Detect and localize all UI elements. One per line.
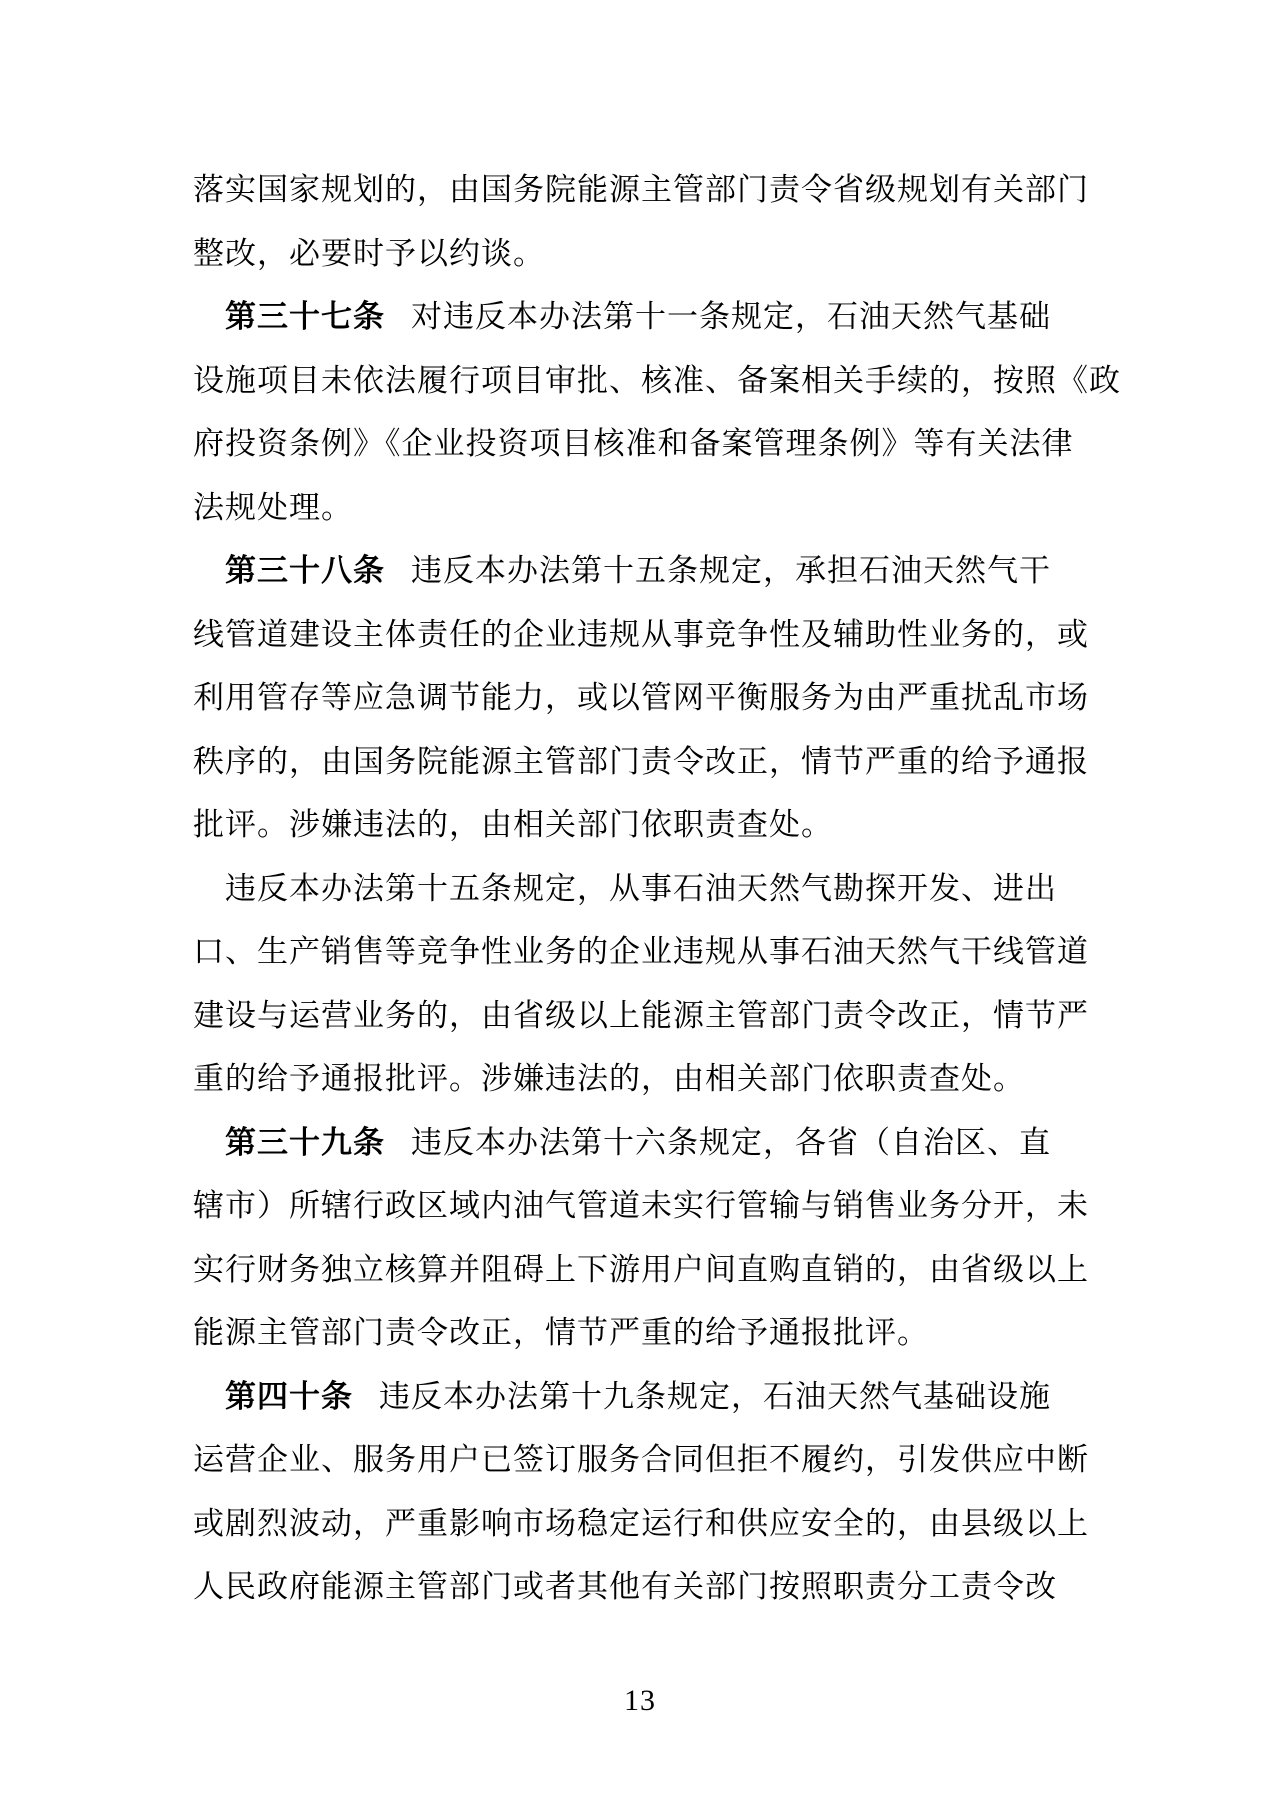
text-line: 利用管存等应急调节能力，或以管网平衡服务为由严重扰乱市场 — [193, 666, 1093, 730]
line-text: 运营企业、服务用户已签订服务合同但拒不履约，引发供应中断 — [193, 1442, 1089, 1477]
line-text: 整改，必要时予以约谈。 — [193, 236, 545, 271]
line-text: 或剧烈波动，严重影响市场稳定运行和供应安全的，由县级以上 — [193, 1506, 1089, 1541]
line-text: 辖市）所辖行政区域内油气管道未实行管输与销售业务分开，未 — [193, 1188, 1089, 1223]
article-number: 第四十条 — [225, 1379, 353, 1414]
text-line: 口、生产销售等竞争性业务的企业违规从事石油天然气干线管道 — [193, 920, 1093, 984]
line-text: 口、生产销售等竞争性业务的企业违规从事石油天然气干线管道 — [193, 934, 1089, 969]
line-text: 落实国家规划的，由国务院能源主管部门责令省级规划有关部门 — [193, 172, 1089, 207]
article-number: 第三十七条 — [225, 299, 385, 334]
text-line: 违反本办法第十五条规定，从事石油天然气勘探开发、进出 — [193, 857, 1093, 921]
line-text: 人民政府能源主管部门或者其他有关部门按照职责分工责令改 — [193, 1569, 1057, 1604]
text-line: 人民政府能源主管部门或者其他有关部门按照职责分工责令改 — [193, 1555, 1093, 1619]
text-line: 府投资条例》《企业投资项目核准和备案管理条例》等有关法律 — [193, 412, 1093, 476]
article-number: 第三十八条 — [225, 553, 385, 588]
document-body: 落实国家规划的，由国务院能源主管部门责令省级规划有关部门 整改，必要时予以约谈。… — [193, 158, 1093, 1619]
line-text: 能源主管部门责令改正，情节严重的给予通报批评。 — [193, 1315, 929, 1350]
line-text: 建设与运营业务的，由省级以上能源主管部门责令改正，情节严 — [193, 998, 1089, 1033]
text-line: 设施项目未依法履行项目审批、核准、备案相关手续的，按照《政 — [193, 349, 1093, 413]
text-line: 建设与运营业务的，由省级以上能源主管部门责令改正，情节严 — [193, 984, 1093, 1048]
line-text: 实行财务独立核算并阻碍上下游用户间直购直销的，由省级以上 — [193, 1252, 1089, 1287]
text-line: 批评。涉嫌违法的，由相关部门依职责查处。 — [193, 793, 1093, 857]
document-page: 落实国家规划的，由国务院能源主管部门责令省级规划有关部门 整改，必要时予以约谈。… — [0, 0, 1280, 1810]
line-text: 秩序的，由国务院能源主管部门责令改正，情节严重的给予通报 — [193, 744, 1089, 779]
line-text: 法规处理。 — [193, 490, 353, 525]
line-text: 利用管存等应急调节能力，或以管网平衡服务为由严重扰乱市场 — [193, 680, 1089, 715]
text-line: 第四十条违反本办法第十九条规定，石油天然气基础设施 — [193, 1365, 1093, 1429]
text-line: 线管道建设主体责任的企业违规从事竞争性及辅助性业务的，或 — [193, 603, 1093, 667]
line-text: 重的给予通报批评。涉嫌违法的，由相关部门依职责查处。 — [193, 1061, 1025, 1096]
line-text: 设施项目未依法履行项目审批、核准、备案相关手续的，按照《政 — [193, 363, 1121, 398]
line-text: 对违反本办法第十一条规定，石油天然气基础 — [411, 299, 1051, 334]
text-line: 整改，必要时予以约谈。 — [193, 222, 1093, 286]
text-line: 辖市）所辖行政区域内油气管道未实行管输与销售业务分开，未 — [193, 1174, 1093, 1238]
text-line: 实行财务独立核算并阻碍上下游用户间直购直销的，由省级以上 — [193, 1238, 1093, 1302]
text-line: 能源主管部门责令改正，情节严重的给予通报批评。 — [193, 1301, 1093, 1365]
line-text: 线管道建设主体责任的企业违规从事竞争性及辅助性业务的，或 — [193, 617, 1089, 652]
text-line: 第三十八条违反本办法第十五条规定，承担石油天然气干 — [193, 539, 1093, 603]
line-text: 违反本办法第十九条规定，石油天然气基础设施 — [379, 1379, 1051, 1414]
line-text: 违反本办法第十六条规定，各省（自治区、直 — [411, 1125, 1051, 1160]
text-line: 落实国家规划的，由国务院能源主管部门责令省级规划有关部门 — [193, 158, 1093, 222]
line-text: 府投资条例》《企业投资项目核准和备案管理条例》等有关法律 — [193, 426, 1074, 461]
text-line: 秩序的，由国务院能源主管部门责令改正，情节严重的给予通报 — [193, 730, 1093, 794]
text-line: 重的给予通报批评。涉嫌违法的，由相关部门依职责查处。 — [193, 1047, 1093, 1111]
line-text: 违反本办法第十五条规定，从事石油天然气勘探开发、进出 — [225, 871, 1057, 906]
text-line: 运营企业、服务用户已签订服务合同但拒不履约，引发供应中断 — [193, 1428, 1093, 1492]
text-line: 或剧烈波动，严重影响市场稳定运行和供应安全的，由县级以上 — [193, 1492, 1093, 1556]
text-line: 第三十七条对违反本办法第十一条规定，石油天然气基础 — [193, 285, 1093, 349]
text-line: 第三十九条违反本办法第十六条规定，各省（自治区、直 — [193, 1111, 1093, 1175]
text-line: 法规处理。 — [193, 476, 1093, 540]
line-text: 违反本办法第十五条规定，承担石油天然气干 — [411, 553, 1051, 588]
page-number: 13 — [0, 1684, 1280, 1718]
article-number: 第三十九条 — [225, 1125, 385, 1160]
line-text: 批评。涉嫌违法的，由相关部门依职责查处。 — [193, 807, 833, 842]
